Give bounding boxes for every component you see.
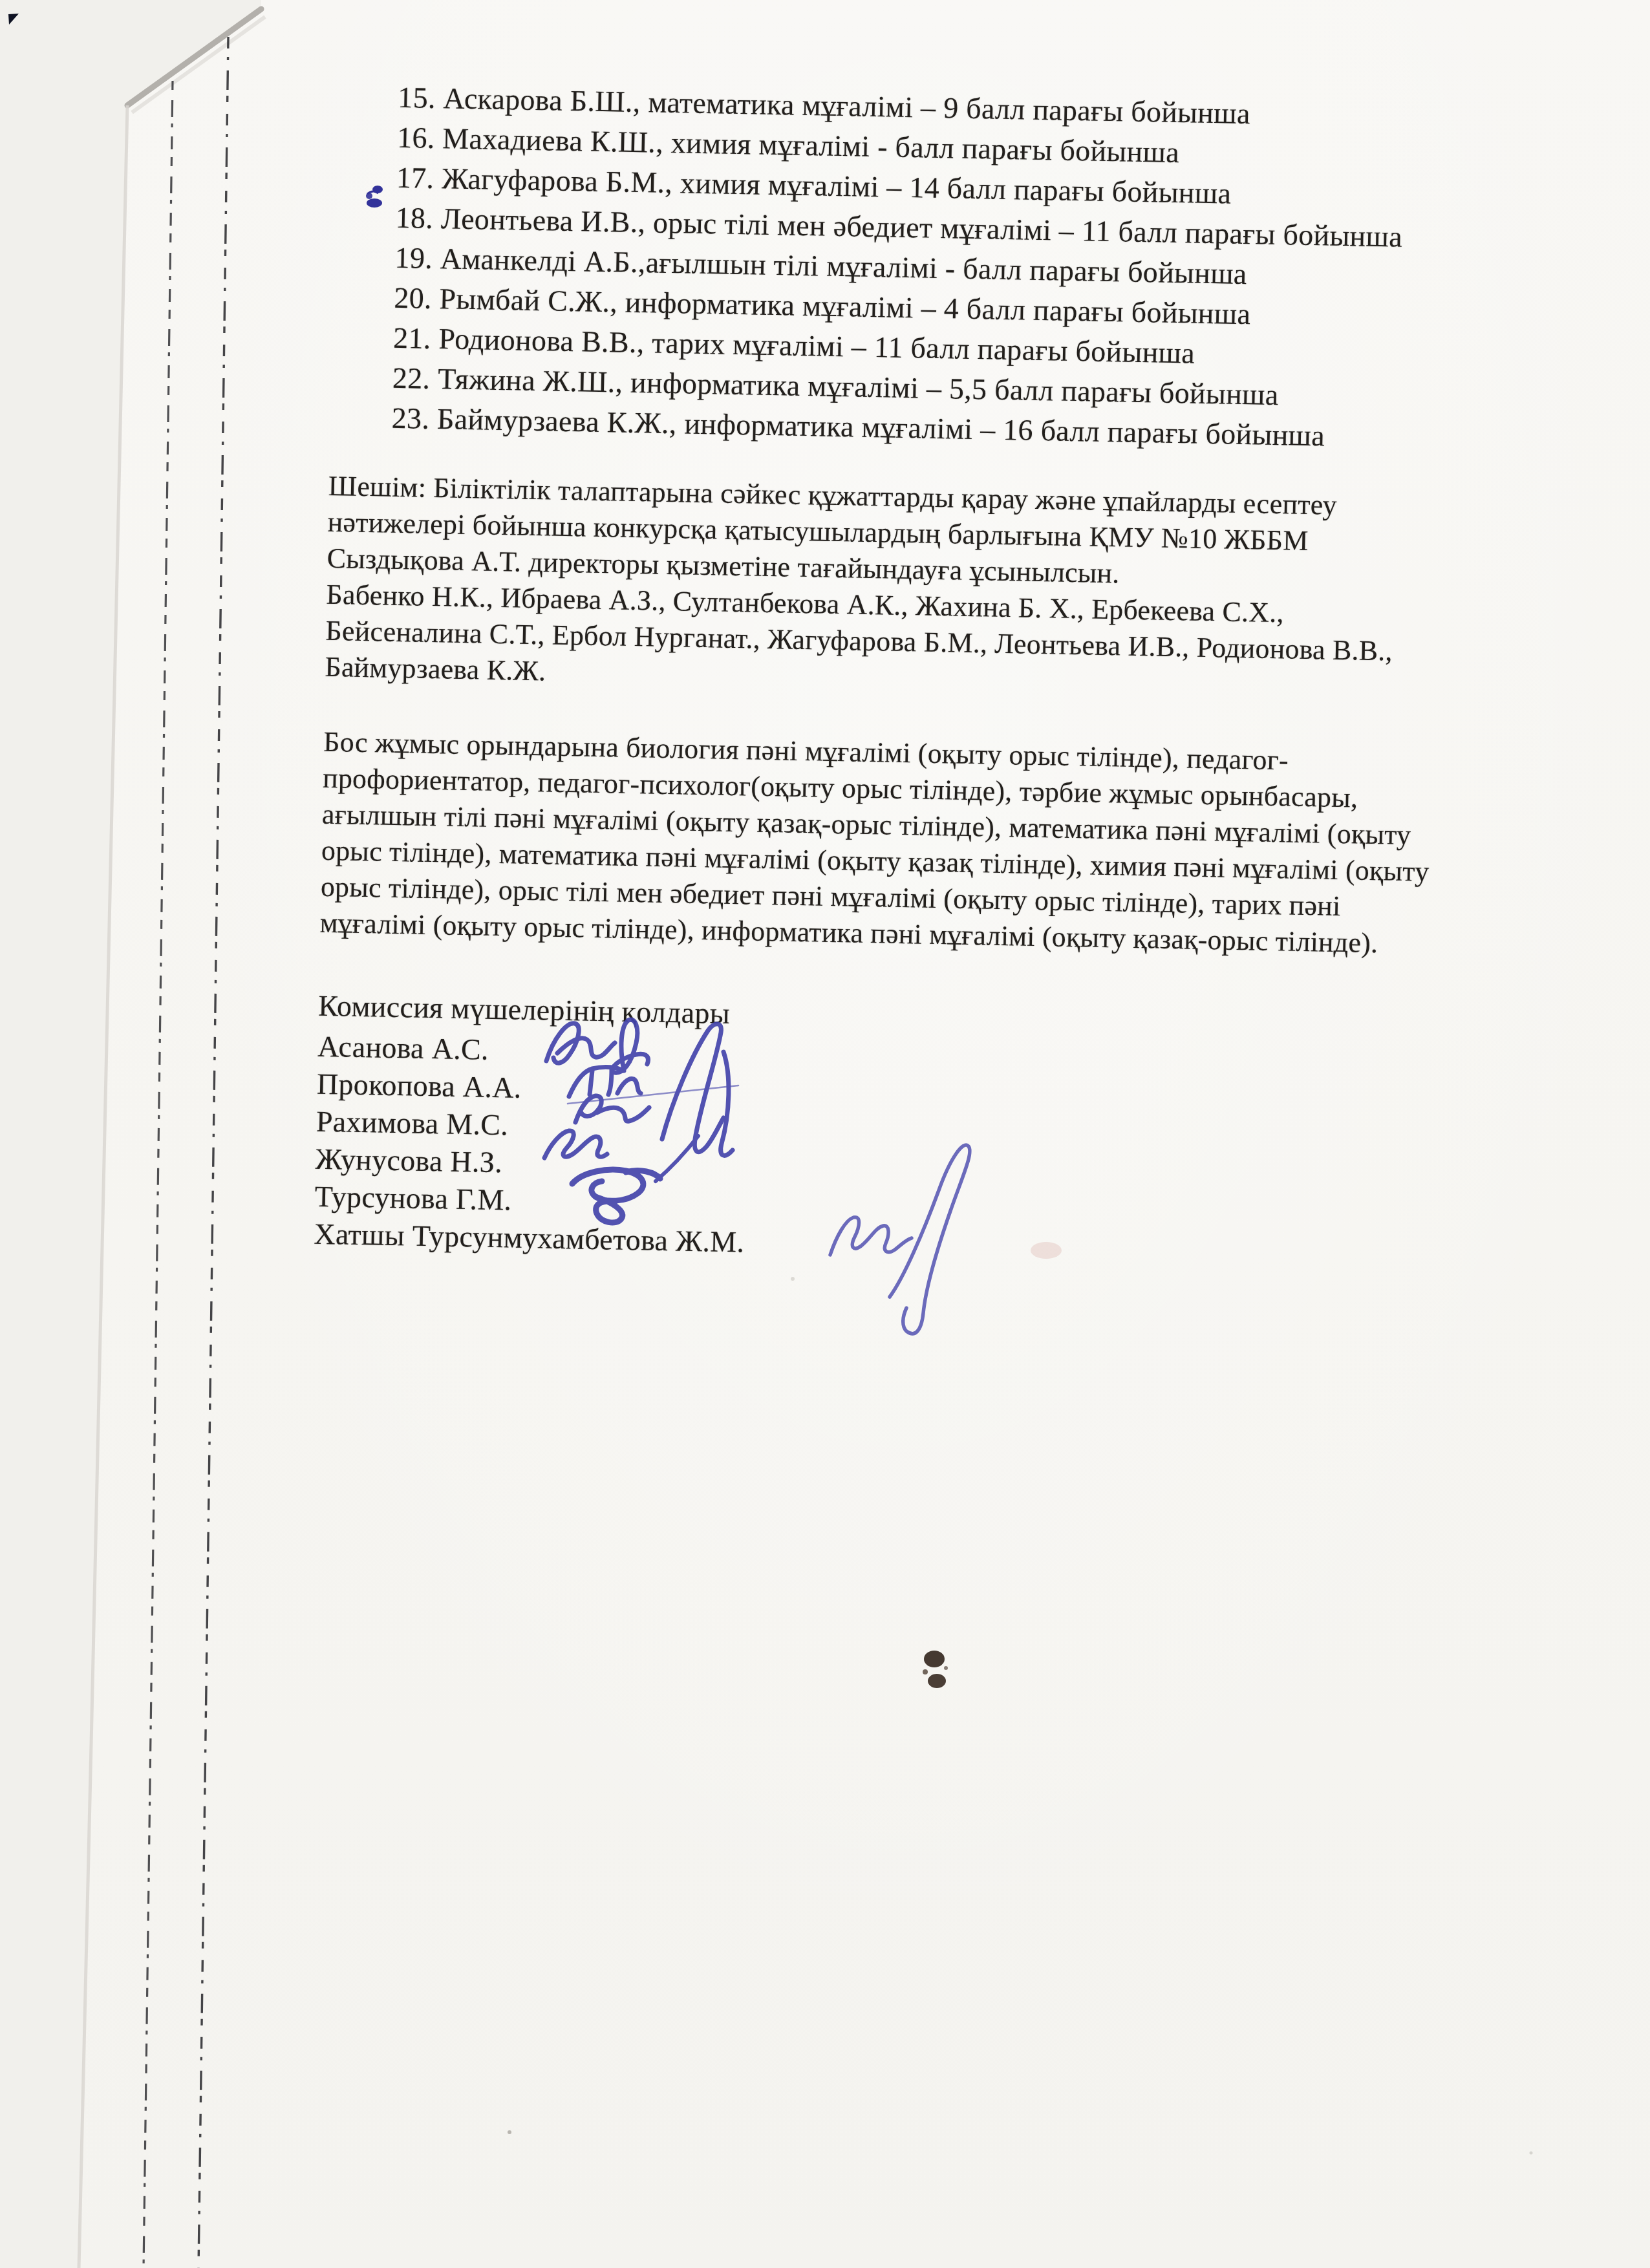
signature-asanova xyxy=(546,1020,648,1073)
signature-prokopova xyxy=(569,1067,641,1097)
signature-tursunmukhambetova xyxy=(830,1145,970,1334)
signature-rakhimova xyxy=(575,1096,649,1122)
signature-zhunusova xyxy=(544,1131,607,1158)
signatures-ink-layer xyxy=(0,0,1650,2268)
signature-tursunova xyxy=(572,1136,698,1223)
scanned-document-page: 15. Аскарова Б.Ш., математика мұғалімі –… xyxy=(0,0,1650,2268)
